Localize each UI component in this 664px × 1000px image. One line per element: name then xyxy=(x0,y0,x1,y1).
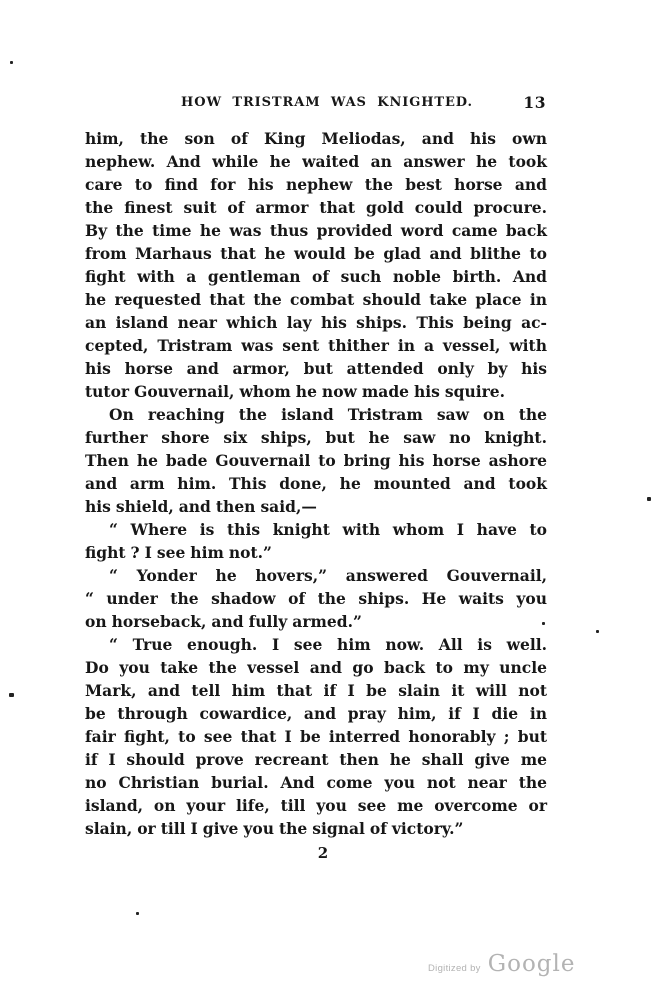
text-line: “ True enough. I see him now. All is wel… xyxy=(85,633,547,656)
text-line: Then he bade Gouvernail to bring his hor… xyxy=(85,449,547,472)
text-line: “ Yonder he hovers,” answered Gouvernail… xyxy=(85,564,547,587)
paragraph: “ True enough. I see him now. All is wel… xyxy=(85,633,547,840)
text-line: slain, or till I give you the signal of … xyxy=(85,817,547,840)
text-line: By the time he was thus provided word ca… xyxy=(85,219,547,242)
scan-speck xyxy=(596,630,599,633)
text-line: if I should prove recreant then he shall… xyxy=(85,748,547,771)
paragraph: him, the son of King Meliodas, and his o… xyxy=(85,127,547,403)
text-line: him, the son of King Meliodas, and his o… xyxy=(85,127,547,150)
text-line: be through cowardice, and pray him, if I… xyxy=(85,702,547,725)
text-line: care to find for his nephew the best hor… xyxy=(85,173,547,196)
google-logo: Google xyxy=(488,951,576,977)
text-line: no Christian burial. And come you not ne… xyxy=(85,771,547,794)
watermark-prefix-text: Digitized by xyxy=(428,963,481,974)
text-line: and arm him. This done, he mounted and t… xyxy=(85,472,547,495)
page-number: 13 xyxy=(523,93,546,112)
text-line: On reaching the island Tristram saw on t… xyxy=(85,403,547,426)
text-line: from Marhaus that he would be glad and b… xyxy=(85,242,547,265)
digitization-watermark: Digitized by Google xyxy=(428,951,575,977)
paragraph: On reaching the island Tristram saw on t… xyxy=(85,403,547,518)
text-line: an island near which lay his ships. This… xyxy=(85,311,547,334)
text-line: nephew. And while he waited an answer he… xyxy=(85,150,547,173)
text-line: fair fight, to see that I be interred ho… xyxy=(85,725,547,748)
paragraph: “ Yonder he hovers,” answered Gouvernail… xyxy=(85,564,547,633)
text-line: his horse and armor, but attended only b… xyxy=(85,357,547,380)
scan-speck xyxy=(9,693,14,697)
text-line: tutor Gouvernail, whom he now made his s… xyxy=(85,380,547,403)
running-header-title: HOW TRISTRAM WAS KNIGHTED. xyxy=(85,95,547,110)
text-line: further shore six ships, but he saw no k… xyxy=(85,426,547,449)
text-line: “ Where is this knight with whom I have … xyxy=(85,518,547,541)
text-line: island, on your life, till you see me ov… xyxy=(85,794,547,817)
scan-speck xyxy=(136,912,139,915)
scan-speck xyxy=(10,61,13,64)
text-line: Do you take the vessel and go back to my… xyxy=(85,656,547,679)
page-body-text: him, the son of King Meliodas, and his o… xyxy=(85,127,547,840)
paragraph: “ Where is this knight with whom I have … xyxy=(85,518,547,564)
text-line: fight ? I see him not.” xyxy=(85,541,547,564)
text-line: Mark, and tell him that if I be slain it… xyxy=(85,679,547,702)
book-page-scan: HOW TRISTRAM WAS KNIGHTED. 13 him, the s… xyxy=(0,0,664,1000)
text-line: he requested that the combat should take… xyxy=(85,288,547,311)
text-line: “ under the shadow of the ships. He wait… xyxy=(85,587,547,610)
scan-speck xyxy=(647,497,651,501)
page-header: HOW TRISTRAM WAS KNIGHTED. 13 xyxy=(85,95,547,115)
text-line: his shield, and then said,— xyxy=(85,495,547,518)
signature-mark: 2 xyxy=(85,844,561,862)
scan-speck xyxy=(542,622,545,625)
text-line: on horseback, and fully armed.” xyxy=(85,610,547,633)
text-line: fight with a gentleman of such noble bir… xyxy=(85,265,547,288)
text-line: cepted, Tristram was sent thither in a v… xyxy=(85,334,547,357)
text-line: the finest suit of armor that gold could… xyxy=(85,196,547,219)
